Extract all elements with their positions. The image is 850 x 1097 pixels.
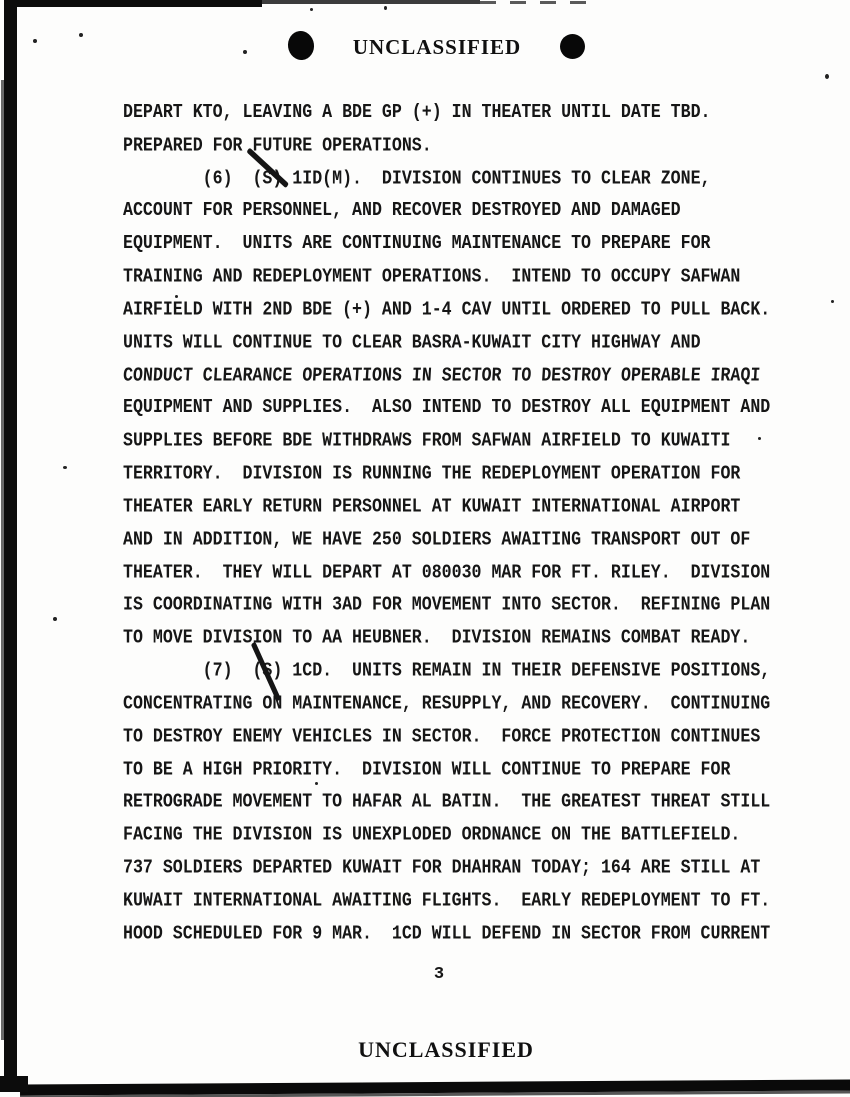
scan-edge-left [4,0,17,1086]
document-line: ACCOUNT FOR PERSONNEL, AND RECOVER DESTR… [123,195,770,228]
scan-speck [825,74,829,79]
line-text: 1ID(M). DIVISION CONTINUES TO CLEAR ZONE… [282,166,710,188]
page-number: 3 [424,965,454,984]
declassification-strike-mark: (S) [252,654,282,687]
line-text: 1CD. UNITS REMAIN IN THEIR DEFENSIVE POS… [282,659,770,681]
paragraph-label: (6) [123,166,252,188]
document-line: CONCENTRATING ON MAINTENANCE, RESUPPLY, … [123,687,770,720]
document-line: RETROGRADE MOVEMENT TO HAFAR AL BATIN. T… [123,786,770,819]
scan-edge-top [480,1,600,4]
classification-header: UNCLASSIFIED [24,35,850,60]
document-line: (7) (S) 1CD. UNITS REMAIN IN THEIR DEFEN… [123,654,770,687]
document-line: TERRITORY. DIVISION IS RUNNING THE REDEP… [123,457,770,490]
scan-speck [384,6,387,10]
document-line: AND IN ADDITION, WE HAVE 250 SOLDIERS AW… [123,523,770,556]
scan-speck [53,617,57,621]
document-line: THEATER EARLY RETURN PERSONNEL AT KUWAIT… [123,490,770,523]
document-line: TO BE A HIGH PRIORITY. DIVISION WILL CON… [123,753,770,786]
declassification-strike-mark: (S) [252,162,282,195]
redaction-dot-icon [560,34,585,59]
document-line: FACING THE DIVISION IS UNEXPLODED ORDNAN… [123,818,770,851]
scanned-document-page: UNCLASSIFIED DEPART KTO, LEAVING A BDE G… [0,0,850,1097]
document-line: AIRFIELD WITH 2ND BDE (+) AND 1-4 CAV UN… [123,293,770,326]
document-line: CONDUCT CLEARANCE OPERATIONS IN SECTOR T… [122,359,771,392]
document-line: IS COORDINATING WITH 3AD FOR MOVEMENT IN… [123,589,770,622]
document-line: THEATER. THEY WILL DEPART AT 080030 MAR … [123,556,770,589]
document-line: SUPPLIES BEFORE BDE WITHDRAWS FROM SAFWA… [123,424,770,457]
document-line: KUWAIT INTERNATIONAL AWAITING FLIGHTS. E… [123,884,770,917]
document-line: HOOD SCHEDULED FOR 9 MAR. 1CD WILL DEFEN… [123,917,770,950]
document-line: 737 SOLDIERS DEPARTED KUWAIT FOR DHAHRAN… [123,851,770,884]
scan-speck [310,8,313,11]
document-line: TRAINING AND REDEPLOYMENT OPERATIONS. IN… [123,260,770,293]
classification-footer: UNCLASSIFIED [42,1037,850,1063]
document-line: UNITS WILL CONTINUE TO CLEAR BASRA-KUWAI… [123,326,770,359]
document-line: EQUIPMENT. UNITS ARE CONTINUING MAINTENA… [123,227,770,260]
document-line: EQUIPMENT AND SUPPLIES. ALSO INTEND TO D… [123,392,770,425]
paragraph-label: (7) [123,659,252,681]
scan-edge-corner [0,1076,28,1092]
document-line: DEPART KTO, LEAVING A BDE GP (+) IN THEA… [123,96,770,129]
document-line: PREPARED FOR FUTURE OPERATIONS. [123,129,770,162]
document-line: TO MOVE DIVISION TO AA HEUBNER. DIVISION… [123,621,770,654]
scan-speck [831,300,834,303]
scan-edge-top [262,0,480,4]
document-body: DEPART KTO, LEAVING A BDE GP (+) IN THEA… [123,96,770,950]
document-line: (6) (S) 1ID(M). DIVISION CONTINUES TO CL… [123,162,770,195]
scan-speck [63,466,67,469]
scan-edge-top [6,0,262,7]
document-line: TO DESTROY ENEMY VEHICLES IN SECTOR. FOR… [123,720,770,753]
